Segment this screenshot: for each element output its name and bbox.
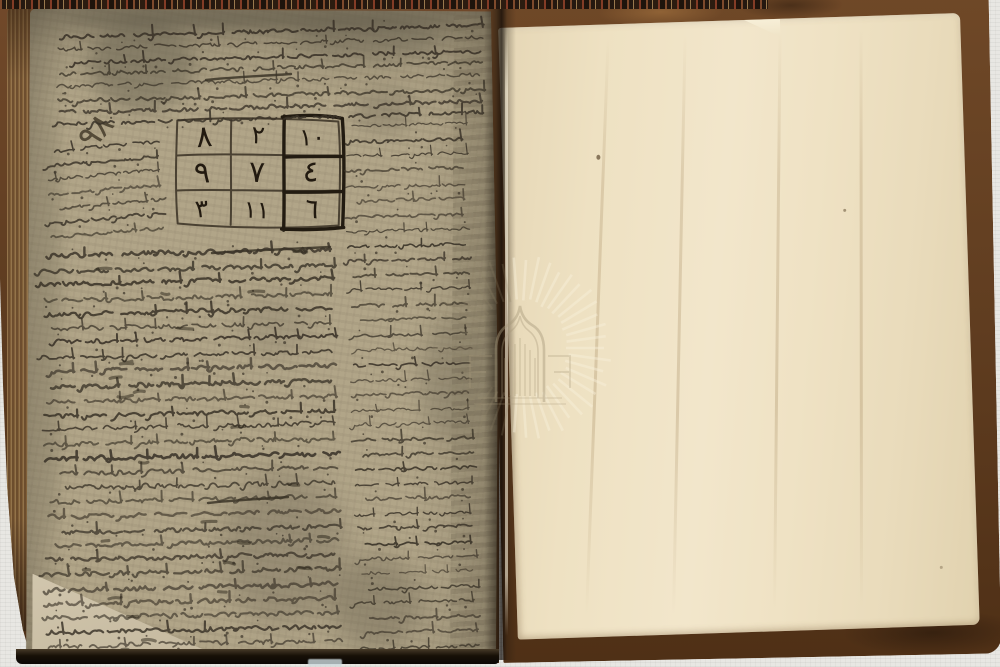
- paper-crease: [585, 37, 610, 617]
- stain: [353, 89, 417, 133]
- paper-speck: [940, 566, 943, 569]
- stain: [35, 119, 64, 539]
- magic-square-cell: ٤: [302, 157, 321, 188]
- stain: [328, 556, 424, 649]
- stain: [220, 470, 346, 626]
- torn-corner-patch: [32, 565, 223, 658]
- magic-square-cell: ٨: [195, 122, 214, 153]
- stain: [89, 19, 195, 112]
- magic-square-cell: ١٠: [299, 125, 325, 150]
- stain: [238, 295, 310, 357]
- book-cover-right: [491, 0, 1000, 663]
- paper-speck: [596, 155, 600, 160]
- paper-speck: [843, 209, 846, 212]
- left-page: ٨ ٢ ١٠ ٩ ٧ ٤ ٣ ١١ ٦ ٩٨: [26, 9, 500, 660]
- manuscript-photo: ٨ ٢ ١٠ ٩ ٧ ٤ ٣ ١١ ٦ ٩٨: [0, 0, 1000, 667]
- bottom-edge-band: [16, 649, 499, 664]
- magic-square-cell: ٩: [193, 158, 210, 189]
- magic-square-table: ٨ ٢ ١٠ ٩ ٧ ٤ ٣ ١١ ٦: [169, 111, 348, 234]
- page-edge-highlight: [505, 30, 508, 636]
- folded-corner: [744, 19, 781, 38]
- top-edge-band: [0, 0, 768, 9]
- magic-square-cell: ١١: [243, 197, 270, 222]
- table-glint: [308, 659, 342, 666]
- paper-crease: [672, 34, 687, 614]
- magic-square-cell: ٣: [194, 196, 210, 222]
- right-page: [498, 13, 980, 640]
- book-gutter: [484, 6, 516, 660]
- magic-square-cell: ٧: [248, 158, 265, 189]
- magic-square-cell: ٢: [251, 122, 266, 148]
- paper-crease: [859, 28, 863, 608]
- paper-crease: [773, 31, 782, 611]
- folio-number: ٩٨: [69, 104, 122, 156]
